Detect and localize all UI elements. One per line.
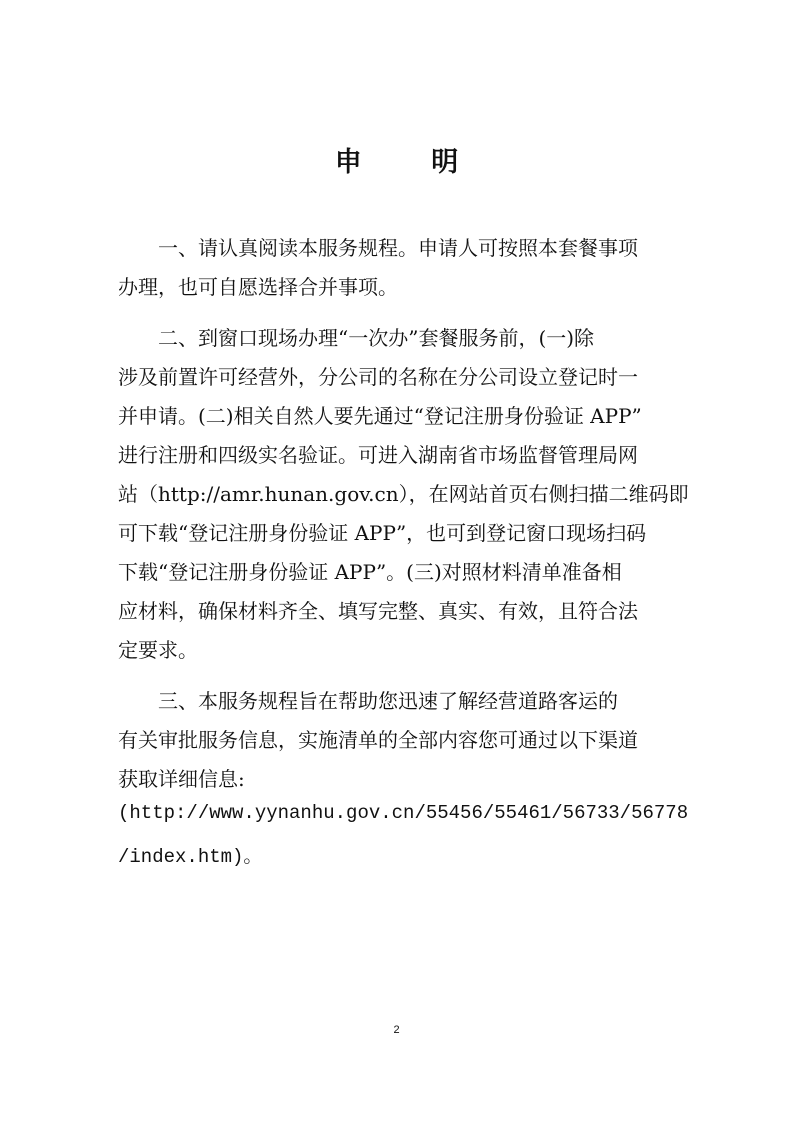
paragraph-2-line-6: 可下载“登记注册身份验证 APP”，也可到登记窗口现场扫码 — [118, 517, 646, 546]
paragraph-2-line-9: 定要求。 — [118, 634, 198, 663]
paragraph-2-line-4: 进行注册和四级实名验证。可进入湖南省市场监督管理局网 — [118, 439, 638, 468]
paragraph-2-line-5: 站（http://amr.hunan.gov.cn），在网站首页右侧扫描二维码即 — [118, 478, 689, 507]
paragraph-1-line-1: 一、请认真阅读本服务规程。申请人可按照本套餐事项 — [158, 232, 638, 261]
paragraph-3-line-3: 获取详细信息: — [118, 763, 245, 792]
page-title: 申 明 — [0, 140, 793, 179]
paragraph-2-line-7: 下载“登记注册身份验证 APP”。(三)对照材料清单准备相 — [118, 556, 622, 585]
page-number: 2 — [0, 1024, 793, 1036]
paragraph-2-line-1: 二、到窗口现场办理“一次办”套餐服务前，(一)除 — [158, 322, 594, 351]
url-line-1: (http://www.yynanhu.gov.cn/55456/55461/5… — [118, 802, 688, 824]
paragraph-2-line-3: 并申请。(二)相关自然人要先通过“登记注册身份验证 APP” — [118, 400, 642, 429]
paragraph-3-line-2: 有关审批服务信息，实施清单的全部内容您可通过以下渠道 — [118, 724, 638, 753]
paragraph-1-line-2: 办理，也可自愿选择合并事项。 — [118, 271, 398, 300]
paragraph-2-line-2: 涉及前置许可经营外，分公司的名称在分公司设立登记时一 — [118, 361, 638, 390]
url-line-2: /index.htm)。 — [118, 841, 262, 868]
paragraph-2-line-8: 应材料，确保材料齐全、填写完整、真实、有效，且符合法 — [118, 595, 638, 624]
paragraph-3-line-1: 三、本服务规程旨在帮助您迅速了解经营道路客运的 — [158, 685, 618, 714]
